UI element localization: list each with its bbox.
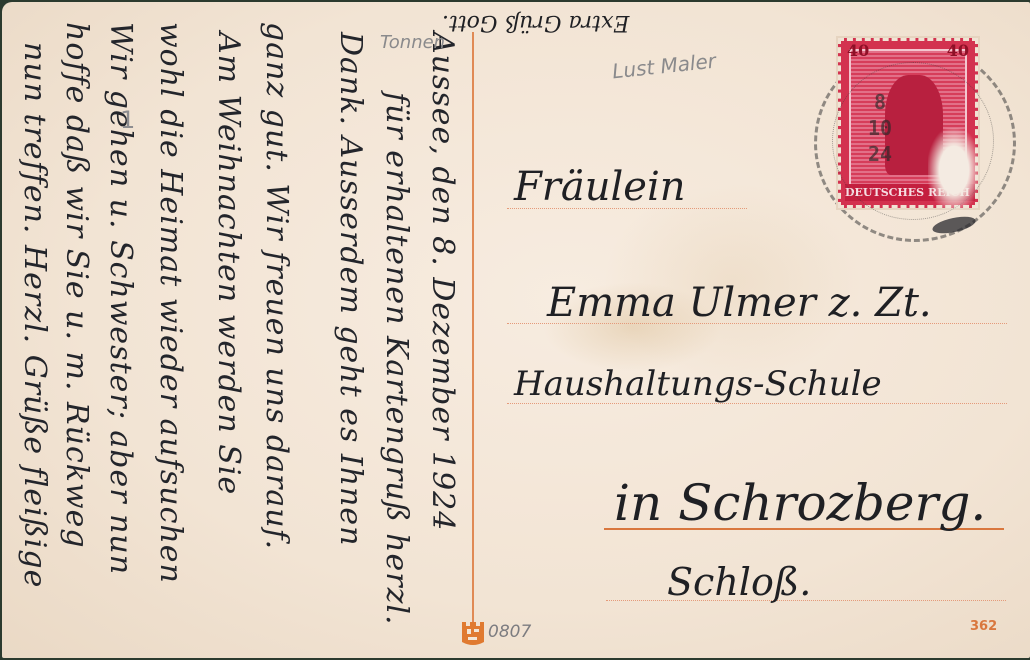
pencil-note: Lust Maler <box>611 49 717 84</box>
message-line: Aussee, den 8. Dezember 1924 <box>425 32 460 531</box>
message-line: ganz gut. Wir freuen uns darauf. <box>259 22 294 550</box>
margin-note: Tonnen <box>380 32 445 53</box>
pencil-code: 0807 <box>488 622 531 642</box>
postmark-date: 24 <box>868 142 892 166</box>
message-line: Dank. Ausserdem geht es Ihnen <box>333 32 368 546</box>
message-line: Am Weihnachten werden Sie <box>211 32 246 495</box>
address-line-3: Schloß. <box>667 560 811 604</box>
upside-down-note: Extra Grüß Gott. <box>442 10 629 35</box>
message-area: Aussee, den 8. Dezember 1924 für erhalte… <box>12 12 467 652</box>
publisher-castle-icon <box>460 614 486 648</box>
message-line: Wir gehen u. Schwester; aber nun <box>103 22 138 575</box>
postmark-date: 8 <box>874 90 886 114</box>
card-number: 362 <box>970 619 997 634</box>
stamp-damage <box>928 128 980 212</box>
address-line-2: in Schrozberg. <box>614 474 986 532</box>
address-line-1: Haushaltungs-Schule <box>514 364 882 404</box>
message-line: wohl die Heimat wieder aufsuchen <box>153 22 188 584</box>
stamp-value-right: 40 <box>947 41 969 60</box>
address-salutation: Fräulein <box>514 164 686 210</box>
postcard-back: Aussee, den 8. Dezember 1924 für erhalte… <box>2 2 1030 658</box>
divider-line <box>472 32 474 632</box>
address-name: Emma Ulmer z. Zt. <box>547 280 932 326</box>
message-line: nun treffen. Herzl. Grüße fleißige <box>17 42 52 588</box>
pencil-mark: 1 <box>120 106 135 134</box>
message-line: für erhaltenen Kartengruß herzl. <box>379 92 414 626</box>
message-line: hoffe daß wir Sie u. m. Rückweg <box>59 22 94 549</box>
postmark-date: 10 <box>868 116 892 140</box>
stamp-value-left: 40 <box>847 41 869 60</box>
